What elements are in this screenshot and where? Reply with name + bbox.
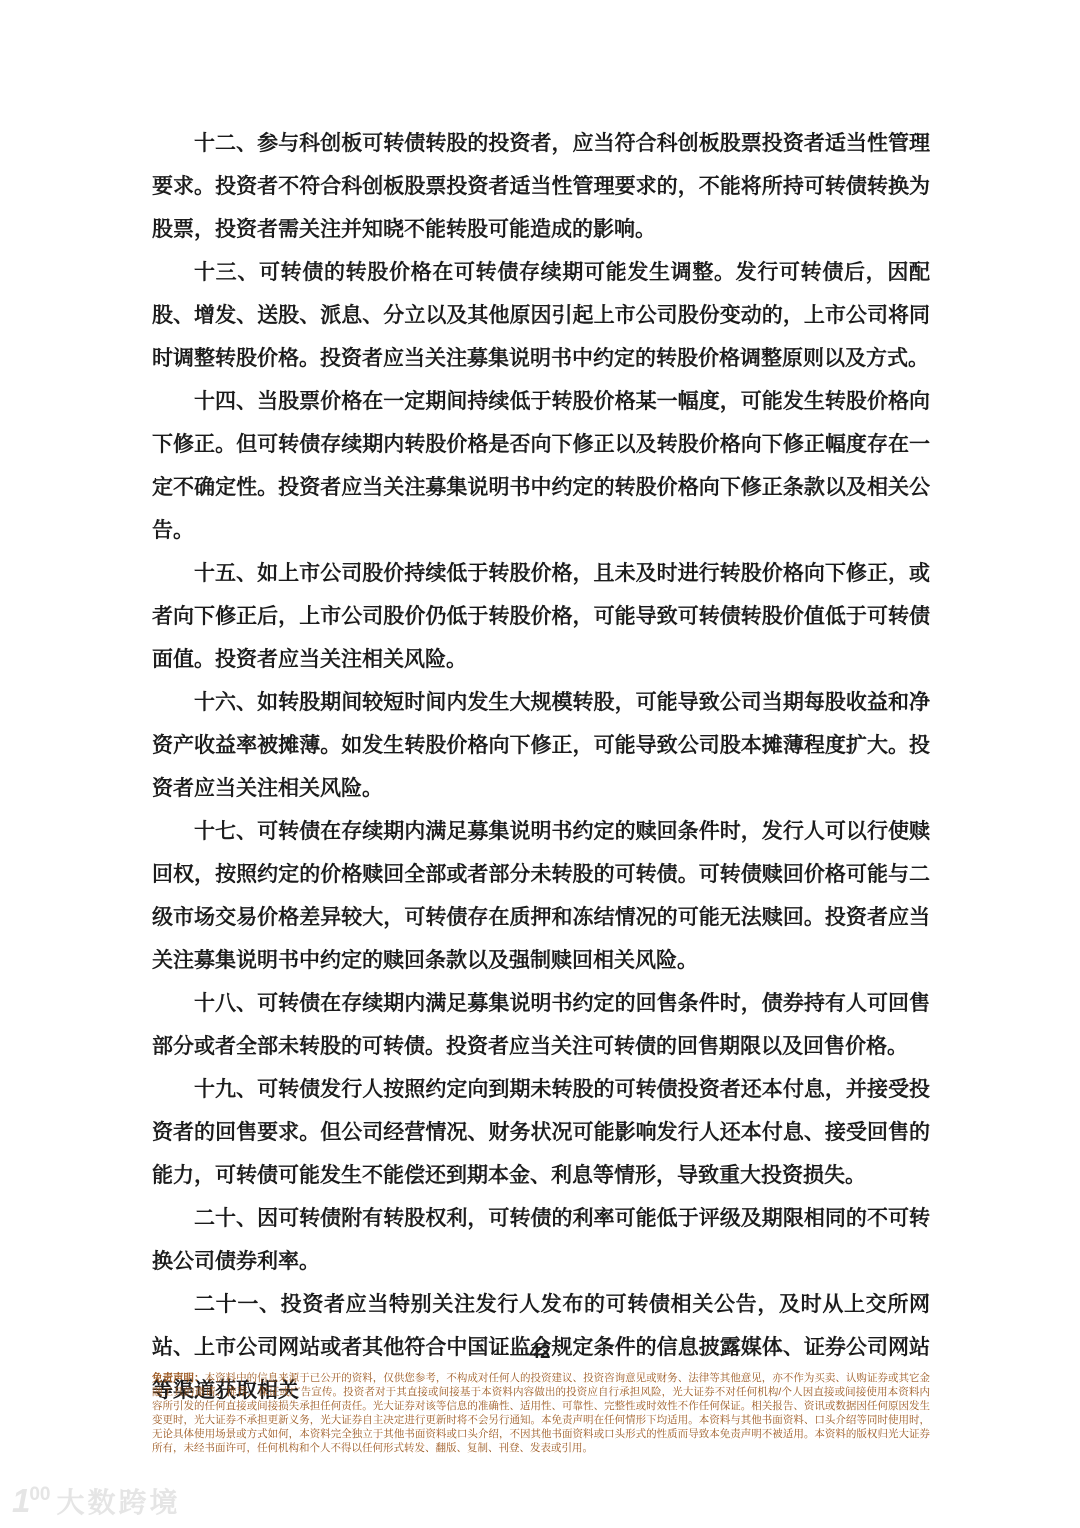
watermark-text: 大数跨境 <box>57 1489 181 1517</box>
body-paragraph-16: 十六、如转股期间较短时间内发生大规模转股，可能导致公司当期每股收益和净资产收益率… <box>152 681 930 810</box>
watermark: 100 大数跨境 <box>12 1484 181 1517</box>
disclaimer-footer: 免责声明：本资料中的信息来源于已公开的资料，仅供您参考，不构成对任何人的投资建议… <box>152 1371 930 1455</box>
body-paragraph-18: 十八、可转债在存续期内满足募集说明书约定的回售条件时，债券持有人可回售部分或者全… <box>152 982 930 1068</box>
body-paragraph-15: 十五、如上市公司股价持续低于转股价格，且未及时进行转股价格向下修正，或者向下修正… <box>152 552 930 681</box>
document-body: 十二、参与科创板可转债转股的投资者，应当符合科创板股票投资者适当性管理要求。投资… <box>152 122 930 1412</box>
document-page: 十二、参与科创板可转债转股的投资者，应当符合科创板股票投资者适当性管理要求。投资… <box>0 0 1080 1528</box>
watermark-logo-icon: 100 <box>12 1484 51 1517</box>
body-paragraph-17: 十七、可转债在存续期内满足募集说明书约定的赎回条件时，发行人可以行使赎回权，按照… <box>152 810 930 982</box>
page-number: 42 <box>0 1342 1080 1364</box>
body-paragraph-19: 十九、可转债发行人按照约定向到期未转股的可转债投资者还本付息，并接受投资者的回售… <box>152 1068 930 1197</box>
body-paragraph-13: 十三、可转债的转股价格在可转债存续期可能发生调整。发行可转债后，因配股、增发、送… <box>152 251 930 380</box>
body-paragraph-20: 二十、因可转债附有转股权利，可转债的利率可能低于评级及期限相同的不可转换公司债券… <box>152 1197 930 1283</box>
disclaimer-text: 本资料中的信息来源于已公开的资料，仅供您参考，不构成对任何人的投资建议、投资咨询… <box>152 1372 930 1454</box>
disclaimer-label: 免责声明： <box>152 1372 205 1384</box>
body-paragraph-12: 十二、参与科创板可转债转股的投资者，应当符合科创板股票投资者适当性管理要求。投资… <box>152 122 930 251</box>
body-paragraph-14: 十四、当股票价格在一定期间持续低于转股价格某一幅度，可能发生转股价格向下修正。但… <box>152 380 930 552</box>
